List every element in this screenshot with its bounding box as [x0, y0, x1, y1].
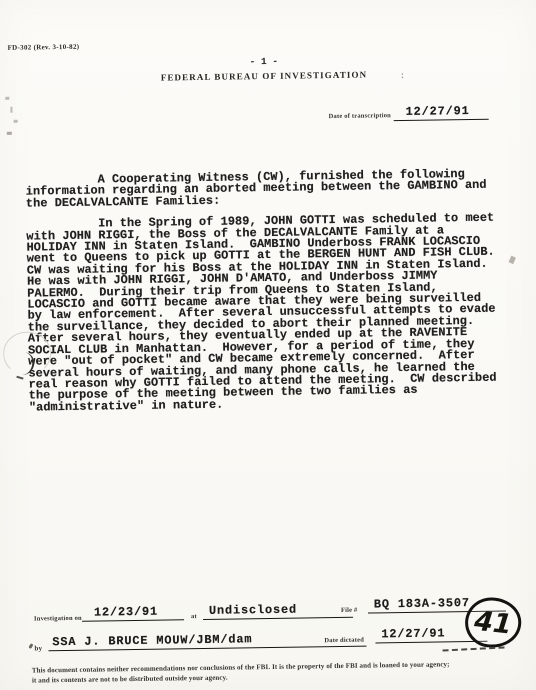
agent-value: SSA J. BRUCE MOUW/JBM/dam — [48, 630, 366, 652]
pen-dash-marks — [443, 646, 505, 651]
scan-speck — [7, 132, 12, 135]
scan-speck — [10, 107, 12, 113]
fd302-document-page: FD-302 (Rev. 3-10-82) - 1 - FEDERAL BURE… — [0, 0, 536, 690]
disclaimer-line-1: This document contains neither recommend… — [32, 660, 450, 674]
scan-speck-comma — [28, 643, 33, 649]
scan-speck — [14, 120, 18, 123]
disclaimer-line-2: it and its contents are not to be distri… — [32, 674, 228, 685]
body-paragraph-2: In the Spring of 1989, JOHN GOTTI was sc… — [26, 213, 497, 414]
pen-mark-tick — [16, 376, 23, 380]
form-number: FD-302 (Rev. 3-10-82) — [8, 43, 80, 52]
scan-speck-right-edge — [509, 256, 516, 264]
by-label: by — [34, 644, 42, 652]
date-dictated-label: Date dictated — [324, 637, 364, 645]
investigation-date-value: 12/23/91 — [82, 603, 184, 622]
investigation-on-label: Investigation on — [34, 615, 82, 623]
file-number-label: File # — [341, 607, 358, 614]
report-body: A Cooperating Witness (CW), furnished th… — [25, 169, 497, 424]
body-paragraph-1: A Cooperating Witness (CW), furnished th… — [25, 169, 494, 210]
scanned-sheet: FD-302 (Rev. 3-10-82) - 1 - FEDERAL BURE… — [0, 0, 536, 690]
location-value: Undisclosed — [203, 601, 353, 620]
scan-speck — [5, 97, 9, 100]
scan-speck-colon: : — [401, 70, 404, 80]
handwritten-number: 41 — [473, 605, 514, 640]
transcription-date-label: Date of transcription — [329, 112, 391, 120]
at-label: at — [191, 613, 197, 620]
transcription-date-value: 12/27/91 — [393, 103, 488, 121]
